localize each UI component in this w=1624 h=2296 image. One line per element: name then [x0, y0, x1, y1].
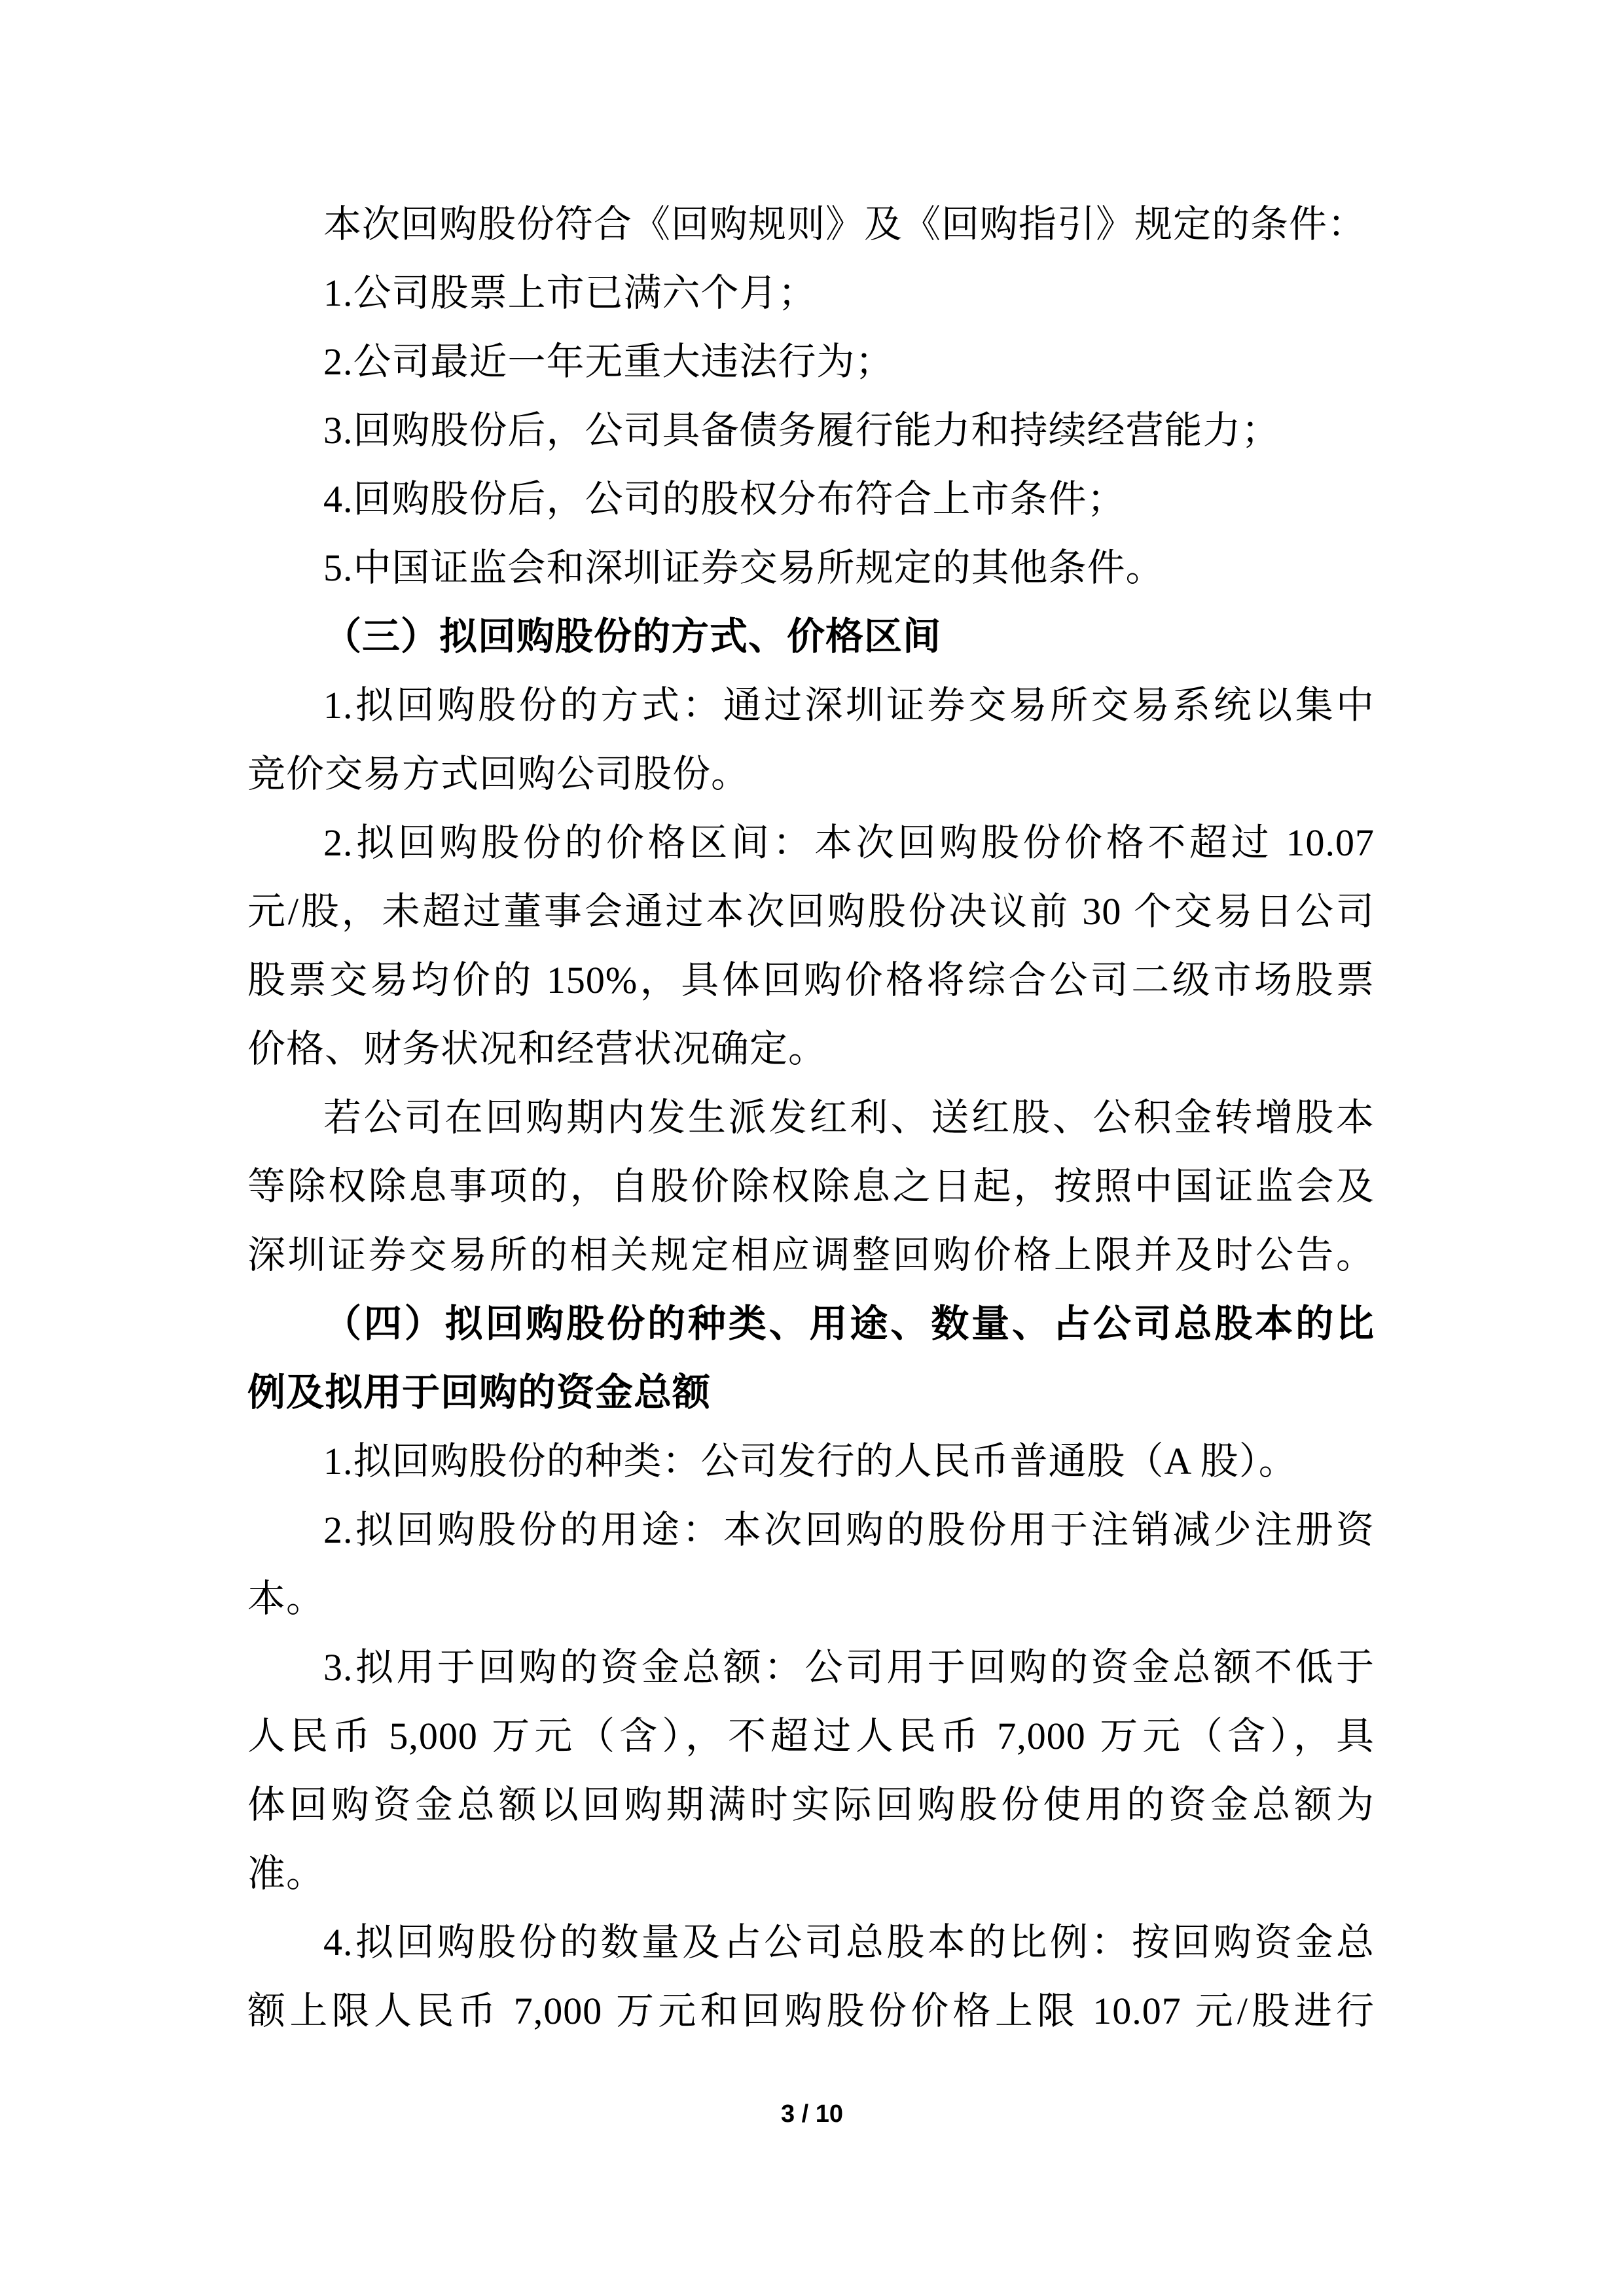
page-footer: 3 / 10	[0, 2094, 1624, 2134]
text-line: 本次回购股份符合《回购规则》及《回购指引》规定的条件：	[247, 190, 1375, 259]
document-page: 本次回购股份符合《回购规则》及《回购指引》规定的条件：1.公司股票上市已满六个月…	[0, 0, 1624, 2296]
text-line: 元/股，未超过董事会通过本次回购股份决议前 30 个交易日公司	[247, 877, 1375, 946]
text-line: 若公司在回购期内发生派发红利、送红股、公积金转增股本	[247, 1083, 1375, 1152]
text-line: 4.拟回购股份的数量及占公司总股本的比例：按回购资金总	[247, 1908, 1375, 1977]
text-line: 深圳证券交易所的相关规定相应调整回购价格上限并及时公告。	[247, 1221, 1375, 1289]
text-line: 1.拟回购股份的种类：公司发行的人民币普通股（A 股）。	[247, 1427, 1375, 1496]
text-line: 本。	[247, 1564, 1375, 1633]
text-line: 人民币 5,000 万元（含），不超过人民币 7,000 万元（含），具	[247, 1702, 1375, 1770]
text-line: 竞价交易方式回购公司股份。	[247, 740, 1375, 808]
text-line: 1.公司股票上市已满六个月；	[247, 259, 1375, 327]
text-line: 2.拟回购股份的价格区间：本次回购股份价格不超过 10.07	[247, 808, 1375, 877]
text-line: 2.拟回购股份的用途：本次回购的股份用于注销减少注册资	[247, 1496, 1375, 1564]
text-line: 例及拟用于回购的资金总额	[247, 1358, 1375, 1427]
text-line: 5.中国证监会和深圳证券交易所规定的其他条件。	[247, 533, 1375, 602]
text-line: 2.公司最近一年无重大违法行为；	[247, 327, 1375, 396]
text-line: 额上限人民币 7,000 万元和回购股份价格上限 10.07 元/股进行	[247, 1977, 1375, 2045]
text-line: 体回购资金总额以回购期满时实际回购股份使用的资金总额为	[247, 1770, 1375, 1839]
text-line: 股票交易均价的 150%，具体回购价格将综合公司二级市场股票	[247, 946, 1375, 1014]
text-line: 1.拟回购股份的方式：通过深圳证券交易所交易系统以集中	[247, 671, 1375, 740]
page-number: 3 / 10	[781, 2100, 843, 2128]
document-body: 本次回购股份符合《回购规则》及《回购指引》规定的条件：1.公司股票上市已满六个月…	[247, 190, 1375, 2045]
text-line: 3.回购股份后，公司具备债务履行能力和持续经营能力；	[247, 396, 1375, 465]
text-line: 准。	[247, 1839, 1375, 1908]
text-line: 3.拟用于回购的资金总额：公司用于回购的资金总额不低于	[247, 1633, 1375, 1702]
text-line: （三）拟回购股份的方式、价格区间	[247, 602, 1375, 671]
text-line: （四）拟回购股份的种类、用途、数量、占公司总股本的比	[247, 1289, 1375, 1358]
text-line: 4.回购股份后，公司的股权分布符合上市条件；	[247, 465, 1375, 533]
text-line: 价格、财务状况和经营状况确定。	[247, 1014, 1375, 1083]
text-line: 等除权除息事项的，自股价除权除息之日起，按照中国证监会及	[247, 1152, 1375, 1221]
